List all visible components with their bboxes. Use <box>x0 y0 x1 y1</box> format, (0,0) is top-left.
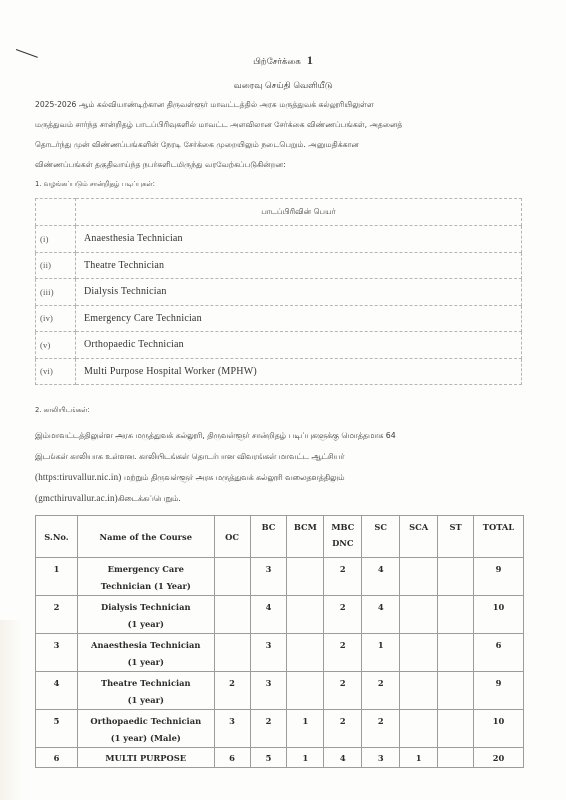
cell-course-name: Orthopaedic Technician(1 year) (Male) <box>77 710 214 748</box>
table-row: 5Orthopaedic Technician(1 year) (Male)32… <box>36 710 524 748</box>
vacancy-line: இடங்கள் காலியாக உள்ளன. காலியிடங்கள் தொடர… <box>35 446 523 467</box>
section1-title: 1. வழங்கப்படும் சான்றிதழ் படிப்புகள்: <box>35 180 155 189</box>
vacancy-line: இம்மாவட்டத்திலுள்ள அரசு மருத்துவக் கல்லூ… <box>35 425 523 446</box>
cell-sno: 5 <box>36 710 78 748</box>
vacancy-line-text: கிடைக்கப்பெறும். <box>118 494 181 503</box>
cell-st <box>438 672 474 710</box>
intro-paragraph: 2025-2026 ஆம் கல்வியாண்டிற்கான திருவள்ளூ… <box>35 95 509 175</box>
page-title: வரைவு செய்தி வெளியீடு <box>0 81 566 92</box>
course-name: Theatre Technician <box>76 252 522 279</box>
cell-sc: 2 <box>362 672 400 710</box>
cell-oc <box>214 558 250 596</box>
cell-st <box>438 596 474 634</box>
college-website-link[interactable]: (gmcthiruvallur.ac.in) <box>35 493 118 503</box>
header-st: ST <box>438 516 474 558</box>
vacancy-table: S.No. Name of the Course OC BC BCM MBC D… <box>35 515 524 768</box>
cell-course-name: Dialysis Technician(1 year) <box>77 596 214 634</box>
cell-mbc: 2 <box>324 558 362 596</box>
cell-course-name: Theatre Technician(1 year) <box>77 672 214 710</box>
header-bc: BC <box>250 516 287 558</box>
table-row: (iii) Dialysis Technician <box>36 279 522 306</box>
cell-sca <box>400 558 438 596</box>
header-sca: SCA <box>400 516 438 558</box>
header-sno: S.No. <box>36 516 78 558</box>
table-row: 2Dialysis Technician(1 year)42410 <box>36 596 524 634</box>
header-bcm: BCM <box>287 516 324 558</box>
header-mbc: MBC <box>324 519 361 535</box>
course-name: Emergency Care Technician <box>76 305 522 332</box>
course-name: Dialysis Technician <box>76 279 522 306</box>
row-number: (i) <box>36 226 76 253</box>
section2-title: 2. காலியிடங்கள்: <box>35 406 90 415</box>
cell-sno: 1 <box>36 558 78 596</box>
cell-bc: 4 <box>250 596 287 634</box>
vacancy-line-text: மற்றும் திருவள்ளூர் அரசு மருத்துவக் கல்ல… <box>124 473 344 482</box>
cell-mbc: 2 <box>324 634 362 672</box>
cell-bcm <box>287 596 324 634</box>
course-name-line: Anaesthesia Technician <box>78 637 214 654</box>
header-sc: SC <box>362 516 400 558</box>
intro-line: 2025-2026 ஆம் கல்வியாண்டிற்கான திருவள்ளூ… <box>35 95 509 115</box>
table-row: 4Theatre Technician(1 year)23229 <box>36 672 524 710</box>
cell-bc: 3 <box>250 558 287 596</box>
cell-bcm <box>287 634 324 672</box>
cell-mbc: 2 <box>324 596 362 634</box>
header-dnc: DNC <box>324 535 361 551</box>
course-name: Anaesthesia Technician <box>76 226 522 253</box>
annexure-label-text: பிற்சேர்க்கை <box>253 57 301 67</box>
annexure-number: 1 <box>307 53 313 67</box>
course-name-line: Dialysis Technician <box>78 599 214 616</box>
intro-line: மருத்துவம் சார்ந்த சான்றிதழ் பாடப்பிரிவு… <box>35 115 509 135</box>
intro-line: விண்ணப்பங்கள் தகுதிவாய்ந்த நபர்களிடமிருந… <box>35 155 509 175</box>
cell-sca: 1 <box>400 748 438 768</box>
cell-bcm: 1 <box>287 710 324 748</box>
cell-sno: 4 <box>36 672 78 710</box>
table-row: (ii) Theatre Technician <box>36 252 522 279</box>
cell-sc: 1 <box>362 634 400 672</box>
header-blank-cell <box>36 199 76 226</box>
row-number: (vi) <box>36 358 76 385</box>
cell-course-name: Emergency CareTechnician (1 Year) <box>77 558 214 596</box>
cell-oc <box>214 634 250 672</box>
cell-sc: 3 <box>362 748 400 768</box>
row-number: (ii) <box>36 252 76 279</box>
table-row: (vi) Multi Purpose Hospital Worker (MPHW… <box>36 358 522 385</box>
table-row: 3Anaesthesia Technician(1 year)3216 <box>36 634 524 672</box>
cell-bcm <box>287 672 324 710</box>
cell-mbc: 4 <box>324 748 362 768</box>
cell-bcm: 1 <box>287 748 324 768</box>
cell-oc: 6 <box>214 748 250 768</box>
course-name-line: Technician (1 Year) <box>78 578 214 595</box>
table-row: (iv) Emergency Care Technician <box>36 305 522 332</box>
vacancy-table-body: 1Emergency CareTechnician (1 Year)32492D… <box>36 558 524 768</box>
cell-bc: 3 <box>250 672 287 710</box>
course-name-line: MULTI PURPOSE <box>78 750 214 767</box>
course-name-line: Theatre Technician <box>78 675 214 692</box>
vacancy-paragraph: இம்மாவட்டத்திலுள்ள அரசு மருத்துவக் கல்லூ… <box>35 425 523 509</box>
course-name-line: (1 year) (Male) <box>78 730 214 747</box>
header-mbc-dnc: MBC DNC <box>324 516 362 558</box>
table-row: 6MULTI PURPOSE65143120 <box>36 748 524 768</box>
cell-bc: 5 <box>250 748 287 768</box>
cell-st <box>438 558 474 596</box>
course-name-line: Orthopaedic Technician <box>78 713 214 730</box>
header-total: TOTAL <box>474 516 524 558</box>
cell-sno: 6 <box>36 748 78 768</box>
cell-total: 20 <box>474 748 524 768</box>
cell-sca <box>400 672 438 710</box>
cell-mbc: 2 <box>324 710 362 748</box>
cell-total: 10 <box>474 710 524 748</box>
cell-sno: 2 <box>36 596 78 634</box>
vacancy-line: (https:tiruvallur.nic.in) மற்றும் திருவள… <box>35 467 523 488</box>
cell-total: 9 <box>474 558 524 596</box>
cell-bc: 3 <box>250 634 287 672</box>
cell-bcm <box>287 558 324 596</box>
scan-smudge <box>0 620 22 800</box>
cell-total: 9 <box>474 672 524 710</box>
course-name-line: (1 year) <box>78 616 214 633</box>
course-name-line: (1 year) <box>78 654 214 671</box>
collector-website-link[interactable]: (https:tiruvallur.nic.in) <box>35 472 122 482</box>
cell-course-name: MULTI PURPOSE <box>77 748 214 768</box>
header-course-name: Name of the Course <box>77 516 214 558</box>
cell-mbc: 2 <box>324 672 362 710</box>
cell-oc <box>214 596 250 634</box>
course-name-line: (1 year) <box>78 692 214 709</box>
cell-sca <box>400 634 438 672</box>
course-name: Orthopaedic Technician <box>76 332 522 359</box>
cell-sc: 4 <box>362 596 400 634</box>
cell-total: 6 <box>474 634 524 672</box>
course-name-line: Emergency Care <box>78 561 214 578</box>
row-number: (iii) <box>36 279 76 306</box>
cell-sc: 2 <box>362 710 400 748</box>
cell-sno: 3 <box>36 634 78 672</box>
courses-table: பாடப்பிரிவின் பெயர் (i) Anaesthesia Tech… <box>35 198 522 385</box>
header-oc: OC <box>214 516 250 558</box>
row-number: (iv) <box>36 305 76 332</box>
cell-oc: 3 <box>214 710 250 748</box>
row-number: (v) <box>36 332 76 359</box>
cell-st <box>438 710 474 748</box>
courses-table-header: பாடப்பிரிவின் பெயர் <box>36 199 522 226</box>
table-row: (v) Orthopaedic Technician <box>36 332 522 359</box>
intro-line: தொடர்ந்து முன் விண்ணப்பங்களின் நேரடி சேர… <box>35 135 509 155</box>
cell-sc: 4 <box>362 558 400 596</box>
header-course-name: பாடப்பிரிவின் பெயர் <box>76 199 522 226</box>
cell-sca <box>400 710 438 748</box>
table-row: (i) Anaesthesia Technician <box>36 226 522 253</box>
cell-st <box>438 748 474 768</box>
cell-course-name: Anaesthesia Technician(1 year) <box>77 634 214 672</box>
cell-sca <box>400 596 438 634</box>
vacancy-line: (gmcthiruvallur.ac.in)கிடைக்கப்பெறும். <box>35 488 523 509</box>
cell-bc: 2 <box>250 710 287 748</box>
annexure-label: பிற்சேர்க்கை1 <box>0 53 566 68</box>
cell-total: 10 <box>474 596 524 634</box>
cell-oc: 2 <box>214 672 250 710</box>
course-name: Multi Purpose Hospital Worker (MPHW) <box>76 358 522 385</box>
vacancy-table-header: S.No. Name of the Course OC BC BCM MBC D… <box>36 516 524 558</box>
cell-st <box>438 634 474 672</box>
table-row: 1Emergency CareTechnician (1 Year)3249 <box>36 558 524 596</box>
